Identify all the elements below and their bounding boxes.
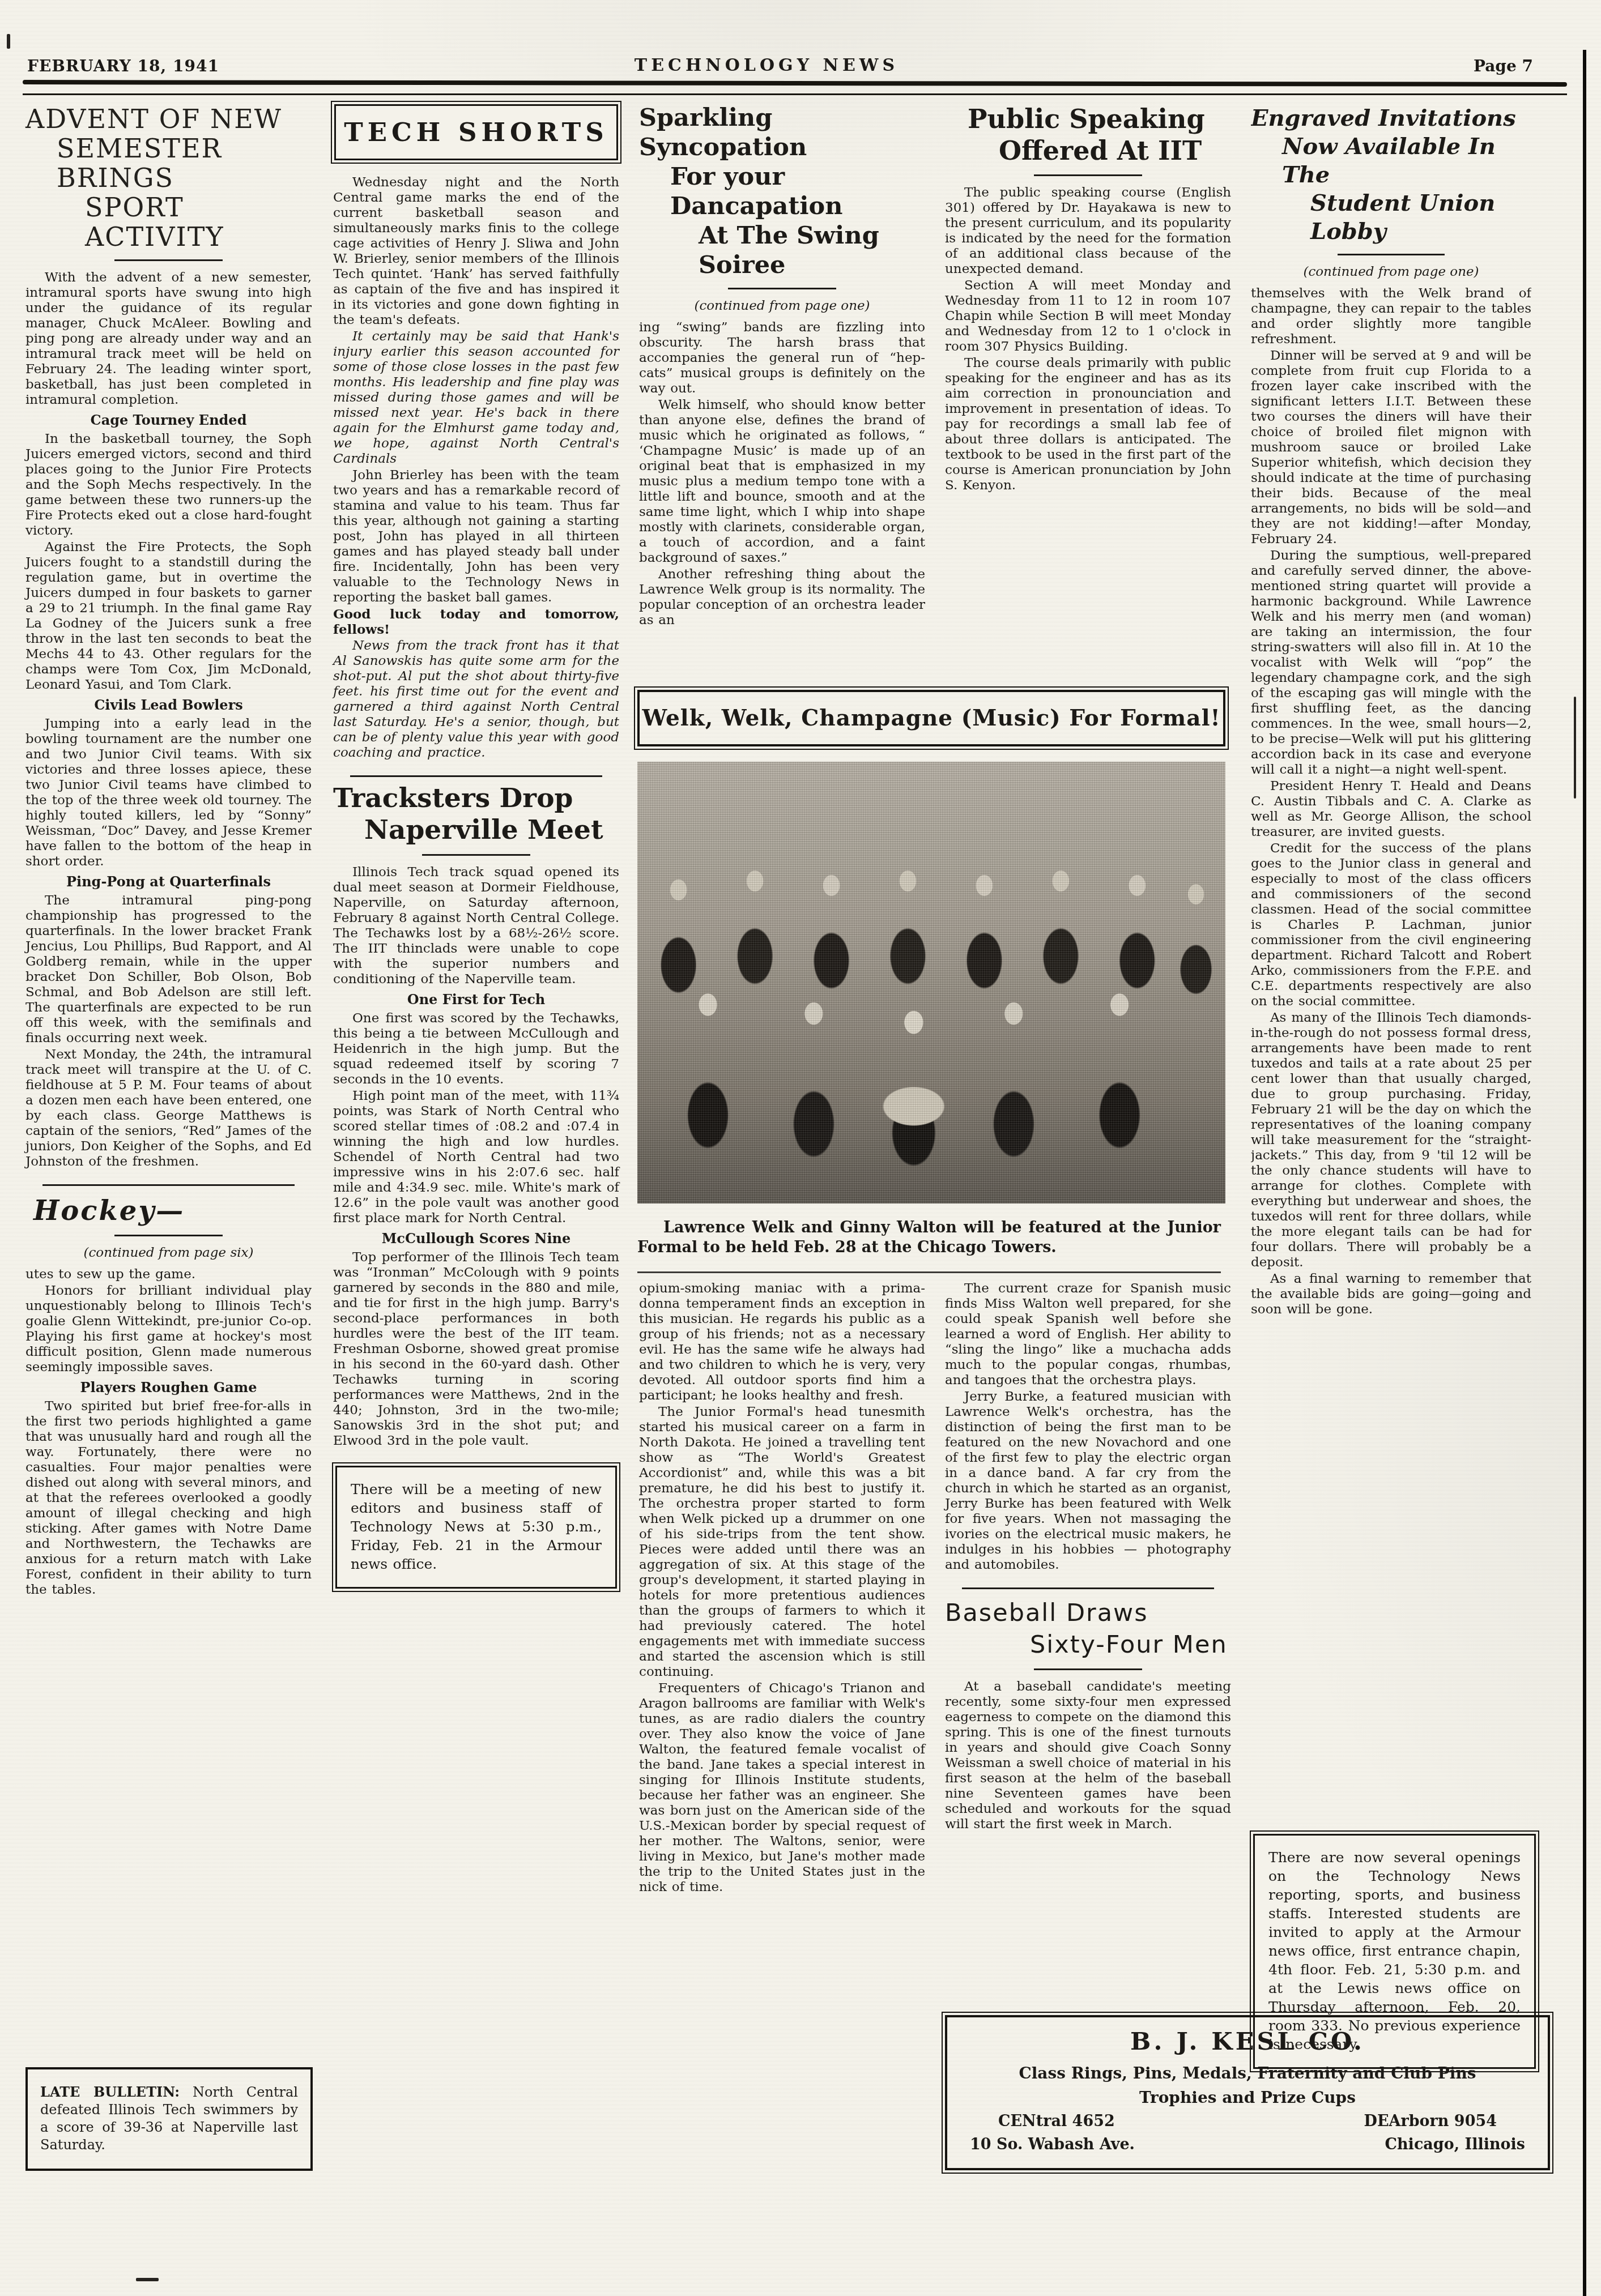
headline-line: Now Available In The	[1251, 133, 1531, 189]
paragraph: Against the Fire Protects, the Soph Juic…	[25, 540, 312, 693]
ad-products-line: Trophies and Prize Cups	[964, 2088, 1531, 2107]
tech-shorts-box: TECH SHORTS	[334, 104, 618, 160]
scan-speck	[1574, 697, 1576, 799]
paragraph: The course deals primarily with public s…	[945, 356, 1231, 493]
paragraph: Next Monday, the 24th, the intramural tr…	[25, 1047, 312, 1170]
headline-rule	[728, 288, 837, 289]
headline-rule	[1034, 1668, 1143, 1670]
continued-note: (continued from page one)	[639, 298, 925, 313]
column-swing-soiree: Sparkling Syncopation For your Dancapati…	[639, 97, 925, 686]
paragraph: The Junior Formal's head tunesmith start…	[639, 1405, 925, 1680]
section-rule	[962, 1587, 1213, 1589]
page-number: Page 7	[1474, 57, 1533, 75]
paragraph: With the advent of a new semester, intra…	[25, 270, 312, 408]
headline-line: Engraved Invitations	[1251, 104, 1531, 133]
subhead: Cage Tourney Ended	[25, 412, 312, 428]
subhead: Ping-Pong at Quarterfinals	[25, 874, 312, 890]
paragraph: Illinois Tech track squad opened its dua…	[333, 865, 619, 987]
paragraph: The current craze for Spanish music find…	[945, 1281, 1231, 1388]
meeting-notice-box: There will be a meeting of new editors a…	[335, 1466, 617, 1589]
header-rule-thick	[23, 80, 1567, 87]
headline-hockey: Hockey—	[33, 1195, 312, 1227]
headline-rule	[1034, 174, 1143, 176]
headline-line: Sixty-Four Men	[945, 1629, 1231, 1661]
caption-rule	[637, 1271, 1221, 1273]
paragraph: Two spirited but brief free-for-alls in …	[25, 1399, 312, 1598]
scan-edge-artifact	[1583, 50, 1586, 2296]
junior-formal-photo	[637, 762, 1225, 1204]
paragraph: President Henry T. Heald and Deans C. Au…	[1251, 779, 1531, 840]
column-sport-activity: ADVENT OF NEW SEMESTER BRINGS SPORT ACTI…	[25, 96, 312, 1599]
paragraph: Another refreshing thing about the Lawre…	[639, 567, 925, 628]
ad-company-name: B. J. KESL CO.	[964, 2028, 1531, 2056]
paragraph: In the basketball tourney, the Soph Juic…	[25, 432, 312, 539]
paragraph: Top performer of the Illinois Tech team …	[333, 1250, 619, 1449]
headline-rule	[114, 259, 223, 261]
paragraph: Credit for the success of the plans goes…	[1251, 841, 1531, 1009]
paragraph: ing “swing” bands are fizzling into obsc…	[639, 320, 925, 396]
paragraph: The public speaking course (English 301)…	[945, 185, 1231, 277]
paragraph: Frequenters of Chicago's Trianon and Ara…	[639, 1681, 925, 1895]
headline-rule	[422, 854, 531, 856]
headline-line: SPORT ACTIVITY	[25, 193, 312, 251]
headline-line: At The Swing Soiree	[639, 221, 925, 280]
paragraph: Jumping into a early lead in the bowling…	[25, 716, 312, 869]
ad-phone-row: CENtral 4652 DEArborn 9054	[964, 2113, 1531, 2130]
ad-phone-central: CENtral 4652	[998, 2113, 1115, 2130]
subhead: One First for Tech	[333, 992, 619, 1008]
ad-street-address: 10 So. Wabash Ave.	[970, 2136, 1135, 2153]
photo-caption: Lawrence Welk and Ginny Walton will be f…	[637, 1218, 1221, 1257]
formal-banner-box: Welk, Welk, Champagne (Music) For Formal…	[637, 690, 1225, 746]
column-tech-shorts: TECH SHORTS Wednesday night and the Nort…	[333, 96, 619, 1589]
paragraph: At a baseball candidate's meeting recent…	[945, 1679, 1231, 1832]
headline-line: ADVENT OF NEW	[25, 104, 312, 134]
ad-phone-dearborn: DEArborn 9054	[1364, 2113, 1497, 2130]
paragraph: Dinner will be served at 9 and will be c…	[1251, 348, 1531, 547]
headline-line: Tracksters Drop	[333, 783, 619, 814]
header-rule-thin	[23, 93, 1567, 95]
ad-city: Chicago, Illinois	[1385, 2136, 1526, 2153]
section-rule	[42, 1184, 294, 1186]
paragraph-bold: Good luck today and tomorrow, fellows!	[333, 607, 619, 637]
headline-line: For your Dancapation	[639, 162, 925, 221]
formal-banner-text: Welk, Welk, Champagne (Music) For Formal…	[642, 705, 1220, 731]
headline-tracksters: Tracksters Drop Naperville Meet	[333, 783, 619, 846]
subhead: McCullough Scores Nine	[333, 1231, 619, 1247]
ad-products-line: Class Rings, Pins, Medals, Fraternity an…	[964, 2064, 1531, 2082]
column-public-speaking: Public Speaking Offered At IIT The publi…	[945, 97, 1231, 684]
section-rule	[350, 775, 602, 777]
paragraph-italic: News from the track front has it that Al…	[333, 638, 619, 761]
paragraph: Section A will meet Monday and Wednesday…	[945, 278, 1231, 355]
late-bulletin-text: LATE BULLETIN: North Central defeated Il…	[40, 2083, 298, 2154]
paragraph: The intramural ping-pong championship ha…	[25, 893, 312, 1046]
tech-shorts-title: TECH SHORTS	[344, 117, 608, 147]
headline-engraved-invitations: Engraved Invitations Now Available In Th…	[1251, 104, 1531, 246]
newspaper-page: FEBRUARY 18, 1941 TECHNOLOGY NEWS Page 7…	[0, 0, 1601, 2296]
late-bulletin-box: LATE BULLETIN: North Central defeated Il…	[25, 2067, 313, 2171]
ad-address-row: 10 So. Wabash Ave. Chicago, Illinois	[964, 2136, 1531, 2153]
paragraph-italic: It certainly may be said that Hank's inj…	[333, 329, 619, 467]
paragraph: opium-smoking maniac with a prima-donna …	[639, 1281, 925, 1403]
continued-note: (continued from page one)	[1251, 264, 1531, 279]
headline-line: Baseball Draws	[945, 1597, 1231, 1629]
subhead: Players Roughen Game	[25, 1380, 312, 1395]
paragraph: themselves with the Welk brand of champa…	[1251, 286, 1531, 347]
headline-line: Offered At IIT	[968, 135, 1231, 167]
paragraph: utes to sew up the game.	[25, 1267, 312, 1282]
paragraph: John Brierley has been with the team two…	[333, 468, 619, 605]
paragraph: As a final warning to remember that the …	[1251, 1271, 1531, 1317]
column-swing-soiree-continued: opium-smoking maniac with a prima-donna …	[639, 1281, 925, 1896]
column-engraved-invitations: Engraved Invitations Now Available In Th…	[1251, 97, 1531, 1802]
paragraph: One first was scored by the Techawks, th…	[333, 1011, 619, 1087]
paragraph: During the sumptious, well-prepared and …	[1251, 548, 1531, 778]
meeting-notice-text: There will be a meeting of new editors a…	[351, 1480, 602, 1573]
headline-line: SEMESTER BRINGS	[25, 134, 312, 193]
paragraph: Honors for brilliant individual play unq…	[25, 1283, 312, 1375]
paragraph: As many of the Illinois Tech diamonds-in…	[1251, 1010, 1531, 1270]
headline-rule	[114, 1235, 223, 1236]
headline-baseball: Baseball Draws Sixty-Four Men	[945, 1597, 1231, 1661]
paragraph: High point man of the meet, with 11¾ poi…	[333, 1089, 619, 1226]
headline-rule	[1338, 254, 1444, 255]
headline-swing-soiree: Sparkling Syncopation For your Dancapati…	[639, 103, 925, 280]
masthead: TECHNOLOGY NEWS	[0, 56, 1533, 75]
kesl-ad-box: B. J. KESL CO. Class Rings, Pins, Medals…	[945, 2015, 1550, 2170]
subhead: Civils Lead Bowlers	[25, 697, 312, 713]
headline-line: Naperville Meet	[333, 814, 619, 846]
headline-line: Student Union Lobby	[1251, 189, 1531, 246]
headline-line: Sparkling Syncopation	[639, 103, 925, 162]
late-bulletin-label: LATE BULLETIN:	[40, 2084, 180, 2100]
continued-note: (continued from page six)	[25, 1245, 312, 1260]
scan-speck	[136, 2278, 159, 2281]
scan-speck	[7, 34, 10, 49]
headline-sport-activity: ADVENT OF NEW SEMESTER BRINGS SPORT ACTI…	[25, 104, 312, 251]
headline-line: Public Speaking	[968, 103, 1231, 135]
paragraph: Welk himself, who should know better tha…	[639, 398, 925, 566]
paragraph: Jerry Burke, a featured musician with La…	[945, 1389, 1231, 1573]
paragraph: Wednesday night and the North Central ga…	[333, 175, 619, 328]
headline-public-speaking: Public Speaking Offered At IIT	[968, 103, 1231, 167]
column-welk-continued-baseball: The current craze for Spanish music find…	[945, 1281, 1231, 1833]
